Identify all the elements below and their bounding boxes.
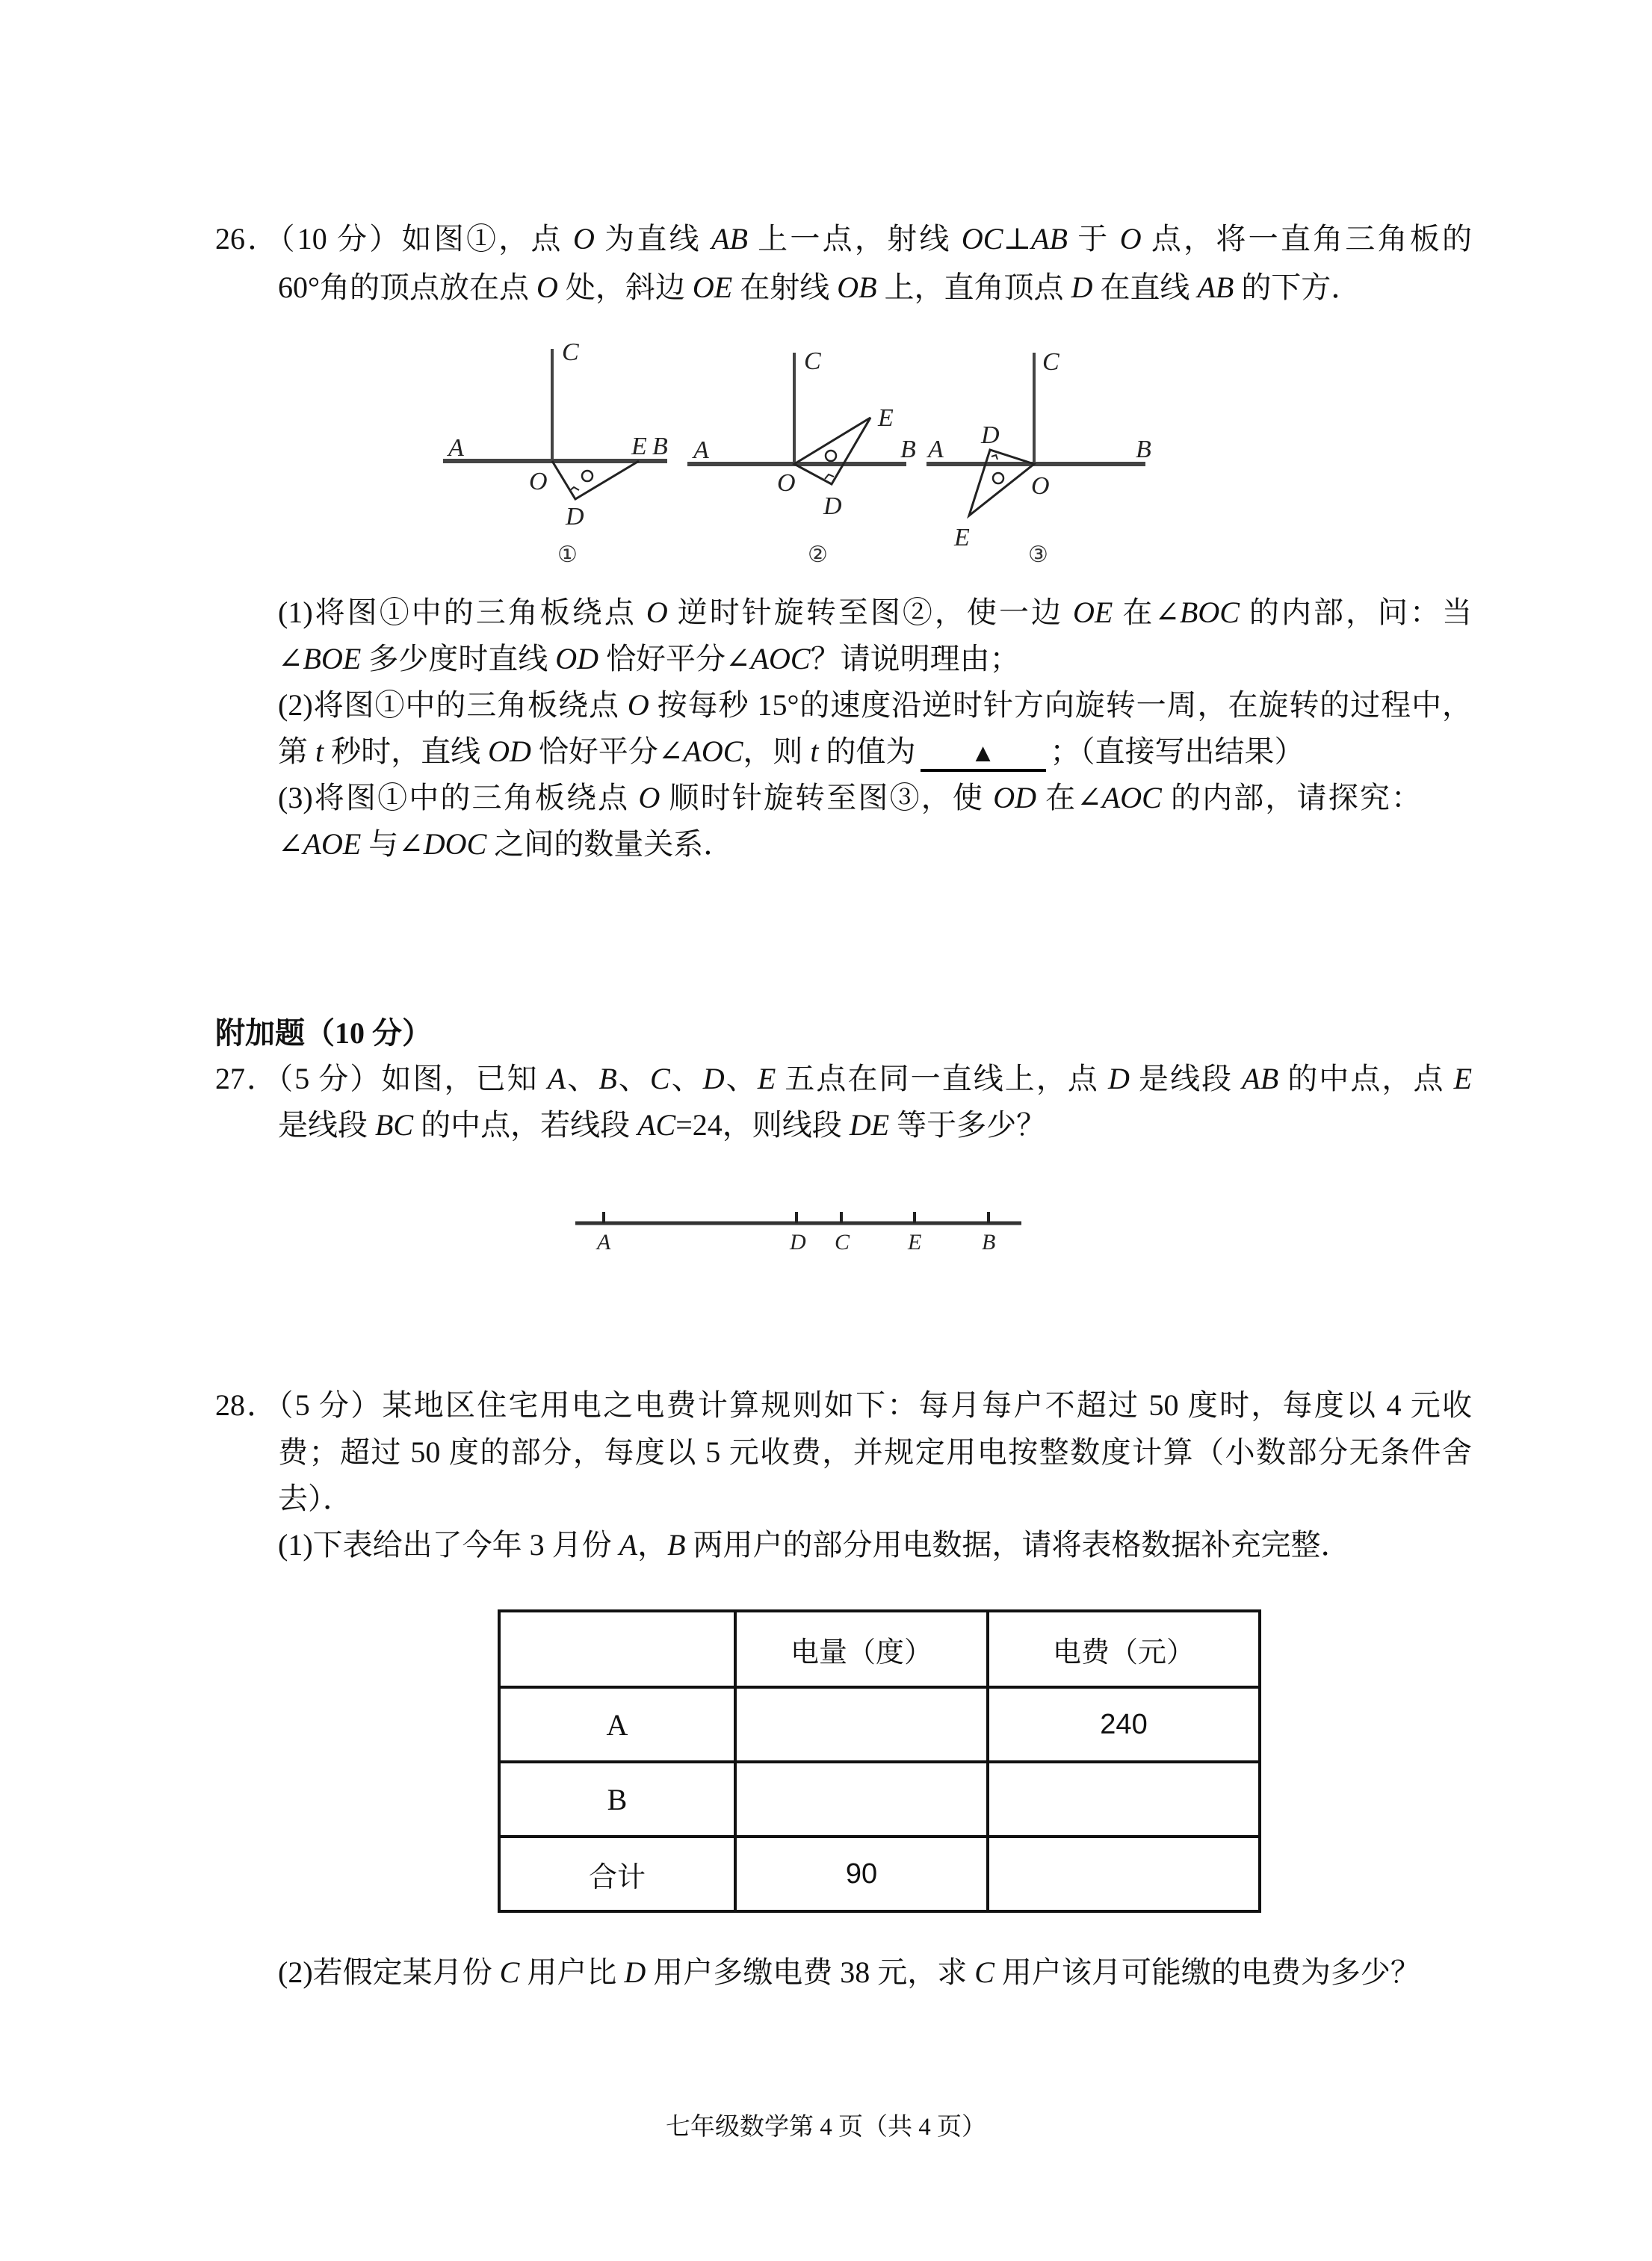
fig3-label-b: B — [1136, 436, 1151, 463]
fig1-label-o: O — [529, 468, 548, 495]
math-variable: C — [500, 1955, 520, 1989]
text-run: 顺时针旋转至图③，使 — [660, 781, 993, 814]
text-run: 用户比 — [519, 1955, 624, 1989]
math-variable: O — [646, 596, 668, 629]
fig2-label-a: A — [692, 436, 709, 464]
q28-line-1: 28．（5 分）某地区住宅用电之电费计算规则如下：每月每户不超过 50 度时，每… — [215, 1388, 1472, 1423]
table-row: 合计 90 — [499, 1837, 1260, 1911]
text-run: 、 — [725, 1062, 758, 1095]
text-run: 等于多少？ — [889, 1108, 1046, 1142]
fig3-label-a: A — [926, 436, 944, 463]
math-variable: AOC — [751, 642, 811, 675]
text-run: 与∠ — [361, 827, 424, 861]
text-run: 、 — [617, 1062, 650, 1095]
figure-1: A C E B O D ① — [443, 338, 668, 568]
text-run: 第 — [278, 734, 315, 768]
text-run: 多少度时直线 — [361, 642, 555, 675]
math-variable: O — [638, 781, 660, 814]
figure-3: A C D B O E ③ — [926, 348, 1151, 568]
math-variable: B — [598, 1062, 616, 1095]
fig2-label-o: O — [777, 469, 796, 497]
q27-line-2: 是线段 BC 的中点，若线段 AC=24，则线段 DE 等于多少？ — [278, 1107, 1046, 1143]
q27-line-1: 27．（5 分）如图，已知 A、B、C、D、E 五点在同一直线上，点 D 是线段… — [215, 1061, 1472, 1097]
page-footer: 七年级数学第 4 页（共 4 页） — [0, 2107, 1652, 2142]
text-run: 秒时，直线 — [324, 734, 488, 768]
fig3-caption: ③ — [1028, 542, 1048, 568]
table-header-row: 电量（度） 电费（元） — [499, 1611, 1260, 1687]
answer-blank[interactable]: ▲ — [921, 739, 1046, 772]
fig2-label-c: C — [804, 347, 821, 375]
text-run: 的中点，若线段 — [413, 1108, 637, 1142]
q26-sub3-line-1: (3)将图①中的三角板绕点 O 顺时针旋转至图③，使 OD 在∠AOC 的内部，… — [278, 780, 1421, 816]
text-run: 是线段 — [278, 1108, 375, 1142]
math-variable: C — [650, 1062, 670, 1095]
text-run: 两用户的部分用电数据，请将表格数据补充完整． — [686, 1528, 1351, 1562]
fig1-label-d: D — [565, 503, 584, 531]
text-run: 、 — [670, 1062, 703, 1095]
text-run: 、 — [566, 1062, 598, 1095]
fig2-caption: ② — [808, 542, 828, 568]
math-variable: OE — [1073, 596, 1113, 629]
fig1-caption: ① — [557, 542, 578, 568]
fee-cell[interactable]: 240 — [988, 1687, 1260, 1762]
q26-sub1-line-1: (1)将图①中的三角板绕点 O 逆时针旋转至图②，使一边 OE 在∠BOC 的内… — [278, 595, 1472, 631]
text-run: =24，则线段 — [675, 1108, 850, 1142]
text-run: 五点在同一直线上，点 — [776, 1062, 1108, 1095]
point-label-e: E — [907, 1230, 921, 1255]
fig3-label-o: O — [1031, 472, 1050, 500]
fig3-label-e: E — [953, 524, 970, 551]
text-run: ？请说明理由； — [811, 642, 1020, 675]
math-variable: AC — [637, 1108, 675, 1142]
q28-sub2: (2)若假定某月份 C 用户比 D 用户多缴电费 38 元，求 C 用户该月可能… — [278, 1955, 1420, 1991]
q26-sub2-suffix: ；（直接写出结果） — [1051, 734, 1305, 768]
math-variable: BOE — [303, 642, 362, 675]
text-run: 之间的数量关系． — [486, 827, 733, 861]
text-run: ， — [637, 1528, 667, 1562]
fee-cell[interactable] — [988, 1762, 1260, 1837]
row-label: 合计 — [499, 1837, 735, 1911]
fig1-label-c: C — [562, 338, 579, 366]
text-run: ∠ — [278, 642, 303, 675]
usage-cell[interactable] — [735, 1762, 988, 1837]
math-variable: E — [1454, 1062, 1472, 1095]
text-run: (2)若假定某月份 — [278, 1955, 500, 1989]
q26-sub2-line-1: (2)将图①中的三角板绕点 O 按每秒 15°的速度沿逆时针方向旋转一周，在旋转… — [278, 687, 1472, 723]
text-run: 在∠ — [1113, 596, 1180, 629]
math-variable: t — [810, 734, 818, 768]
q28-line-3: 去）． — [278, 1481, 353, 1517]
fig2-label-b: B — [900, 436, 916, 463]
math-variable: OD — [555, 642, 598, 675]
text-run: 的值为 — [819, 734, 916, 768]
figure-2: A C E B O D ② — [687, 347, 916, 568]
text-run: 的内部，请探究： — [1162, 781, 1421, 814]
math-variable: A — [548, 1062, 566, 1095]
bonus-section-title: 附加题（10 分） — [215, 1015, 432, 1051]
q28-sub1: (1)下表给出了今年 3 月份 A，B 两用户的部分用电数据，请将表格数据补充完… — [278, 1527, 1351, 1563]
math-variable: O — [628, 688, 649, 722]
math-variable: AOC — [1102, 781, 1162, 814]
fig1-label-b: B — [652, 433, 668, 460]
math-variable: AB — [1242, 1062, 1278, 1095]
point-label-d: D — [789, 1230, 806, 1255]
text-run: ，则 — [743, 734, 810, 768]
usage-cell[interactable] — [735, 1687, 988, 1762]
text-run: 在∠ — [1036, 781, 1102, 814]
math-variable: D — [703, 1062, 725, 1095]
table-header-cell — [499, 1611, 735, 1687]
text-run: 恰好平分∠ — [598, 642, 751, 675]
table-row: B — [499, 1762, 1260, 1837]
math-variable: C — [974, 1955, 994, 1989]
point-label-a: A — [595, 1230, 611, 1255]
text-run: 的内部，问：当 — [1240, 596, 1472, 629]
text-run: 用户多缴电费 38 元，求 — [646, 1955, 974, 1989]
math-variable: DOC — [424, 827, 486, 861]
q26-sub1-line-2: ∠BOE 多少度时直线 OD 恰好平分∠AOC？请说明理由； — [278, 641, 1020, 677]
text-run: 用户该月可能缴的电费为多少？ — [994, 1955, 1420, 1989]
math-variable: BOC — [1180, 596, 1240, 629]
math-variable: DE — [850, 1108, 889, 1142]
usage-table: 电量（度） 电费（元） A 240 B 合计 90 — [498, 1609, 1261, 1913]
text-run: 按每秒 15°的速度沿逆时针方向旋转一周，在旋转的过程中， — [649, 688, 1472, 722]
usage-cell[interactable]: 90 — [735, 1837, 988, 1911]
text-run: (1)将图①中的三角板绕点 — [278, 596, 646, 629]
math-variable: AOE — [303, 827, 362, 861]
text-run: (1)下表给出了今年 3 月份 — [278, 1528, 619, 1562]
point-label-b: B — [982, 1230, 995, 1255]
math-variable: D — [1108, 1062, 1130, 1095]
table-header-cell: 电费（元） — [988, 1611, 1260, 1687]
q27-number-line: ADCEB — [575, 1212, 1021, 1255]
text-run: 是线段 — [1130, 1062, 1242, 1095]
q28-line-2: 费；超过 50 度的部分，每度以 5 元收费，并规定用电按整数度计算（小数部分无… — [278, 1435, 1472, 1470]
text-run: ∠ — [278, 827, 303, 861]
math-variable: t — [315, 734, 324, 768]
row-label: B — [499, 1762, 735, 1837]
math-variable: E — [758, 1062, 776, 1095]
math-variable: A — [619, 1528, 637, 1562]
math-variable: B — [667, 1528, 685, 1562]
table-header-cell: 电量（度） — [735, 1611, 988, 1687]
math-variable: AOC — [683, 734, 743, 768]
fig2-label-e: E — [877, 404, 894, 432]
q26-sub2-line-2: 第 t 秒时，直线 OD 恰好平分∠AOC，则 t 的值为▲；（直接写出结果） — [278, 734, 1305, 772]
fig2-label-d: D — [823, 492, 842, 520]
math-variable: BC — [375, 1108, 413, 1142]
text-run: 逆时针旋转至图②，使一边 — [668, 596, 1073, 629]
fig3-label-d: D — [980, 421, 1000, 449]
math-variable: OD — [488, 734, 531, 768]
text-run: 27．（5 分）如图，已知 — [215, 1062, 548, 1095]
text-run: (3)将图①中的三角板绕点 — [278, 781, 638, 814]
fig1-label-e: E — [631, 433, 647, 460]
point-label-c: C — [835, 1230, 850, 1255]
q26-sub2-text: 第 t 秒时，直线 OD 恰好平分∠AOC，则 t 的值为 — [278, 734, 916, 768]
q26-sub3-line-2: ∠AOE 与∠DOC 之间的数量关系． — [278, 826, 733, 862]
fig3-label-c: C — [1042, 348, 1059, 376]
text-run: (2)将图①中的三角板绕点 — [278, 688, 628, 722]
table-row: A 240 — [499, 1687, 1260, 1762]
row-label: A — [499, 1687, 735, 1762]
fig1-label-a: A — [447, 434, 464, 462]
text-run: 的中点，点 — [1278, 1062, 1453, 1095]
fee-cell[interactable] — [988, 1837, 1260, 1911]
math-variable: D — [624, 1955, 646, 1989]
text-run: 恰好平分∠ — [531, 734, 684, 768]
math-variable: OD — [993, 781, 1036, 814]
